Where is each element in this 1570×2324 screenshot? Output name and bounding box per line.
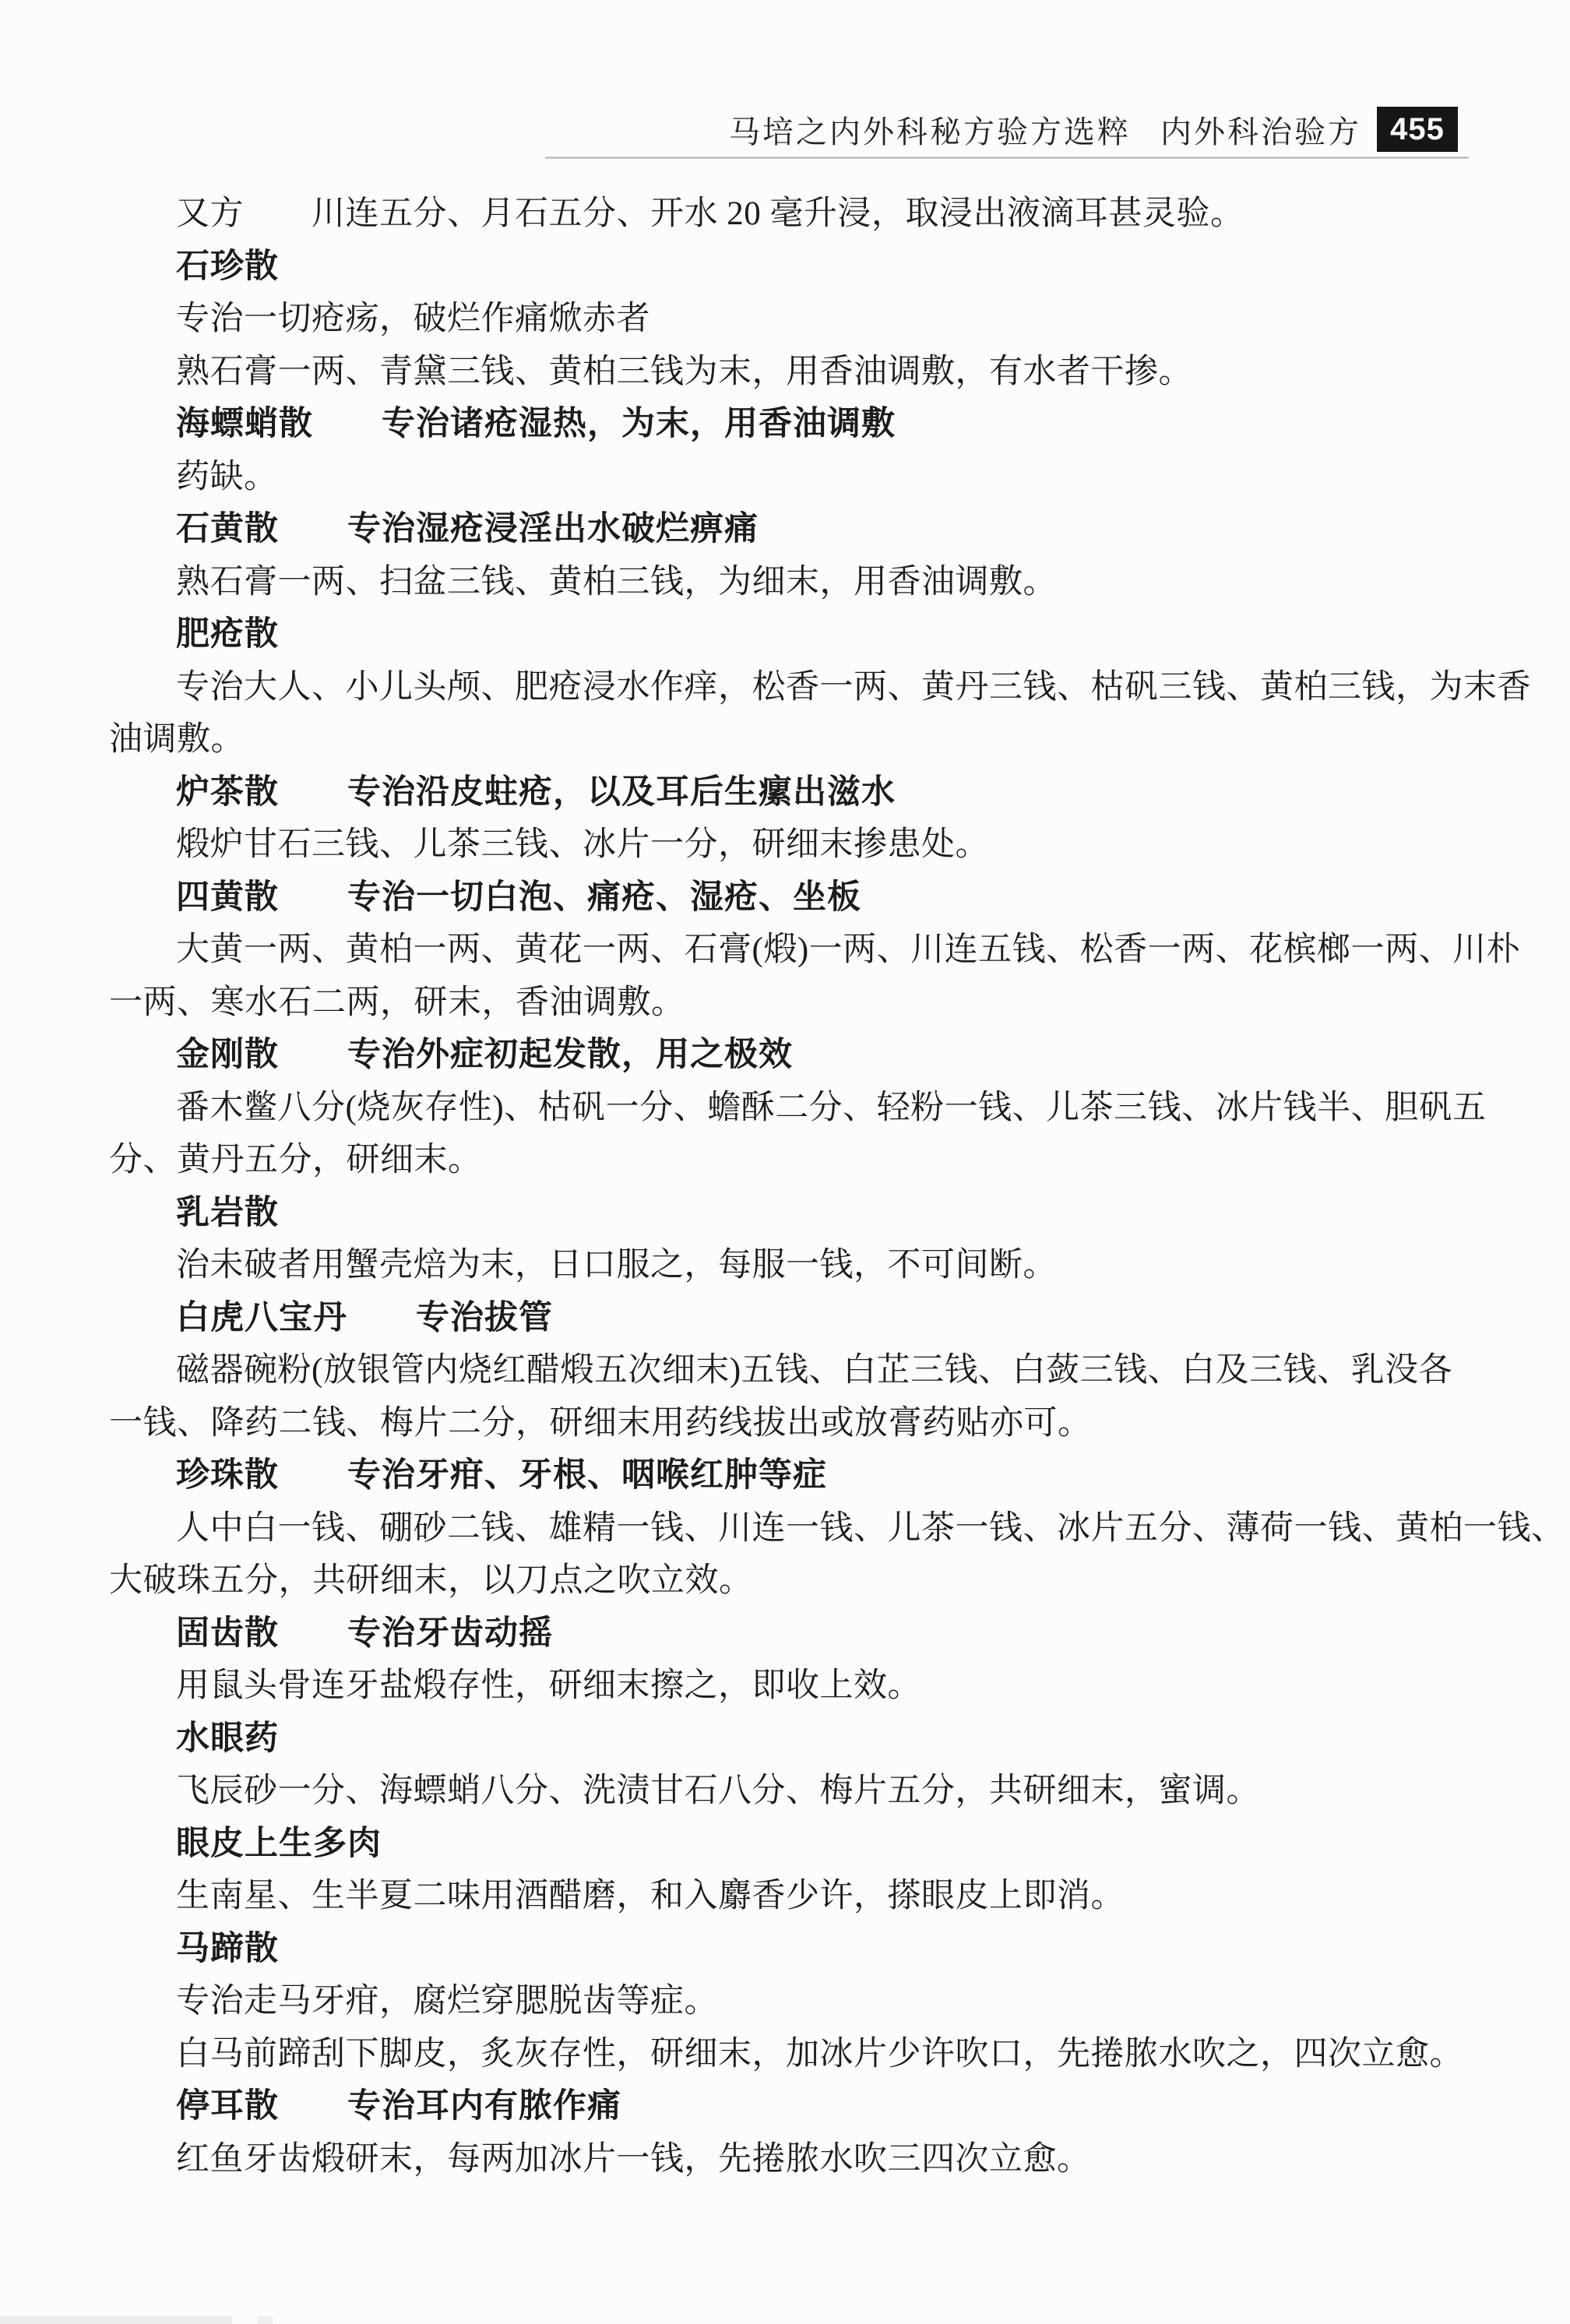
section-heading: 眼皮上生多肉 <box>109 1818 1484 1871</box>
scan-artifact <box>257 2316 273 2324</box>
text-line: 熟石膏一两、扫盆三钱、黄柏三钱，为细末，用香油调敷。 <box>109 556 1484 609</box>
running-head: 马培之内外科秘方验方选粹 内外科治验方 455 <box>729 107 1458 152</box>
section-heading: 乳岩散 <box>109 1187 1484 1240</box>
text-line: 人中白一钱、硼砂二钱、雄精一钱、川连一钱、儿茶一钱、冰片五分、薄荷一钱、黄柏一钱… <box>109 1502 1484 1555</box>
section-heading: 石珍散 <box>109 241 1484 294</box>
text-line: 番木鳖八分(烧灰存性)、枯矾一分、蟾酥二分、轻粉一钱、儿茶三钱、冰片钱半、胆矾五 <box>109 1082 1484 1135</box>
text-line: 专治大人、小儿头颅、肥疮浸水作痒，松香一两、黄丹三钱、枯矾三钱、黄柏三钱，为末香 <box>109 661 1484 714</box>
page-body: 又方 川连五分、月石五分、开水 20 毫升浸，取浸出液滴耳甚灵验。石珍散专治一切… <box>109 188 1484 2185</box>
section-heading: 停耳散 专治耳内有脓作痛 <box>109 2080 1484 2133</box>
section-heading: 水眼药 <box>109 1713 1484 1766</box>
book-title: 马培之内外科秘方验方选粹 <box>729 107 1131 152</box>
chapter-title: 内外科治验方 <box>1160 107 1361 152</box>
text-line: 又方 川连五分、月石五分、开水 20 毫升浸，取浸出液滴耳甚灵验。 <box>109 188 1484 241</box>
text-line: 煅炉甘石三钱、儿茶三钱、冰片一分，研细末掺患处。 <box>109 819 1484 871</box>
text-line: 药缺。 <box>109 451 1484 504</box>
text-line: 生南星、生半夏二味用酒醋磨，和入麝香少许，搽眼皮上即消。 <box>109 1870 1484 1923</box>
section-heading: 固齿散 专治牙齿动摇 <box>109 1607 1484 1660</box>
section-heading: 白虎八宝丹 专治拔管 <box>109 1292 1484 1345</box>
section-heading: 炉茶散 专治沿皮蛀疮，以及耳后生瘰出滋水 <box>109 766 1484 819</box>
text-line: 油调敷。 <box>109 713 1484 766</box>
text-line: 熟石膏一两、青黛三钱、黄柏三钱为末，用香油调敷，有水者干掺。 <box>109 346 1484 399</box>
section-heading: 海螵蛸散 专治诸疮湿热，为末，用香油调敷 <box>109 398 1484 451</box>
header-rule <box>545 157 1469 159</box>
text-line: 白马前蹄刮下脚皮，炙灰存性，研细末，加冰片少许吹口，先捲脓水吹之，四次立愈。 <box>109 2028 1484 2081</box>
text-line: 红鱼牙齿煅研末，每两加冰片一钱，先捲脓水吹三四次立愈。 <box>109 2133 1484 2186</box>
section-heading: 四黄散 专治一切白泡、痛疮、湿疮、坐板 <box>109 871 1484 924</box>
text-line: 一两、寒水石二两，研末，香油调敷。 <box>109 977 1484 1030</box>
text-line: 飞辰砂一分、海螵蛸八分、洗渍甘石八分、梅片五分，共研细末，蜜调。 <box>109 1765 1484 1818</box>
text-line: 一钱、降药二钱、梅片二分，研细末用药线拔出或放膏药贴亦可。 <box>109 1397 1484 1450</box>
text-line: 专治一切疮疡，破烂作痛焮赤者 <box>109 293 1484 346</box>
section-heading: 珍珠散 专治牙疳、牙根、咽喉红肿等症 <box>109 1449 1484 1502</box>
page-number: 455 <box>1390 112 1445 147</box>
section-heading: 石黄散 专治湿疮浸淫出水破烂痹痛 <box>109 503 1484 556</box>
section-heading: 马蹄散 <box>109 1923 1484 1976</box>
text-line: 大破珠五分，共研细末，以刀点之吹立效。 <box>109 1555 1484 1607</box>
book-page: 马培之内外科秘方验方选粹 内外科治验方 455 又方 川连五分、月石五分、开水 … <box>0 0 1570 2324</box>
text-line: 磁器碗粉(放银管内烧红醋煅五次细末)五钱、白芷三钱、白蔹三钱、白及三钱、乳没各 <box>109 1344 1484 1397</box>
text-line: 用鼠头骨连牙盐煅存性，研细末擦之，即收上效。 <box>109 1660 1484 1713</box>
text-line: 分、黄丹五分，研细末。 <box>109 1134 1484 1187</box>
section-heading: 肥疮散 <box>109 608 1484 661</box>
text-line: 治未破者用蟹壳焙为末，日口服之，每服一钱，不可间断。 <box>109 1239 1484 1292</box>
section-heading: 金刚散 专治外症初起发散，用之极效 <box>109 1029 1484 1082</box>
page-number-badge: 455 <box>1377 107 1458 152</box>
text-line: 专治走马牙疳，腐烂穿腮脱齿等症。 <box>109 1975 1484 2028</box>
text-line: 大黄一两、黄柏一两、黄花一两、石膏(煅)一两、川连五钱、松香一两、花槟榔一两、川… <box>109 924 1484 977</box>
scan-artifact <box>0 2316 232 2324</box>
